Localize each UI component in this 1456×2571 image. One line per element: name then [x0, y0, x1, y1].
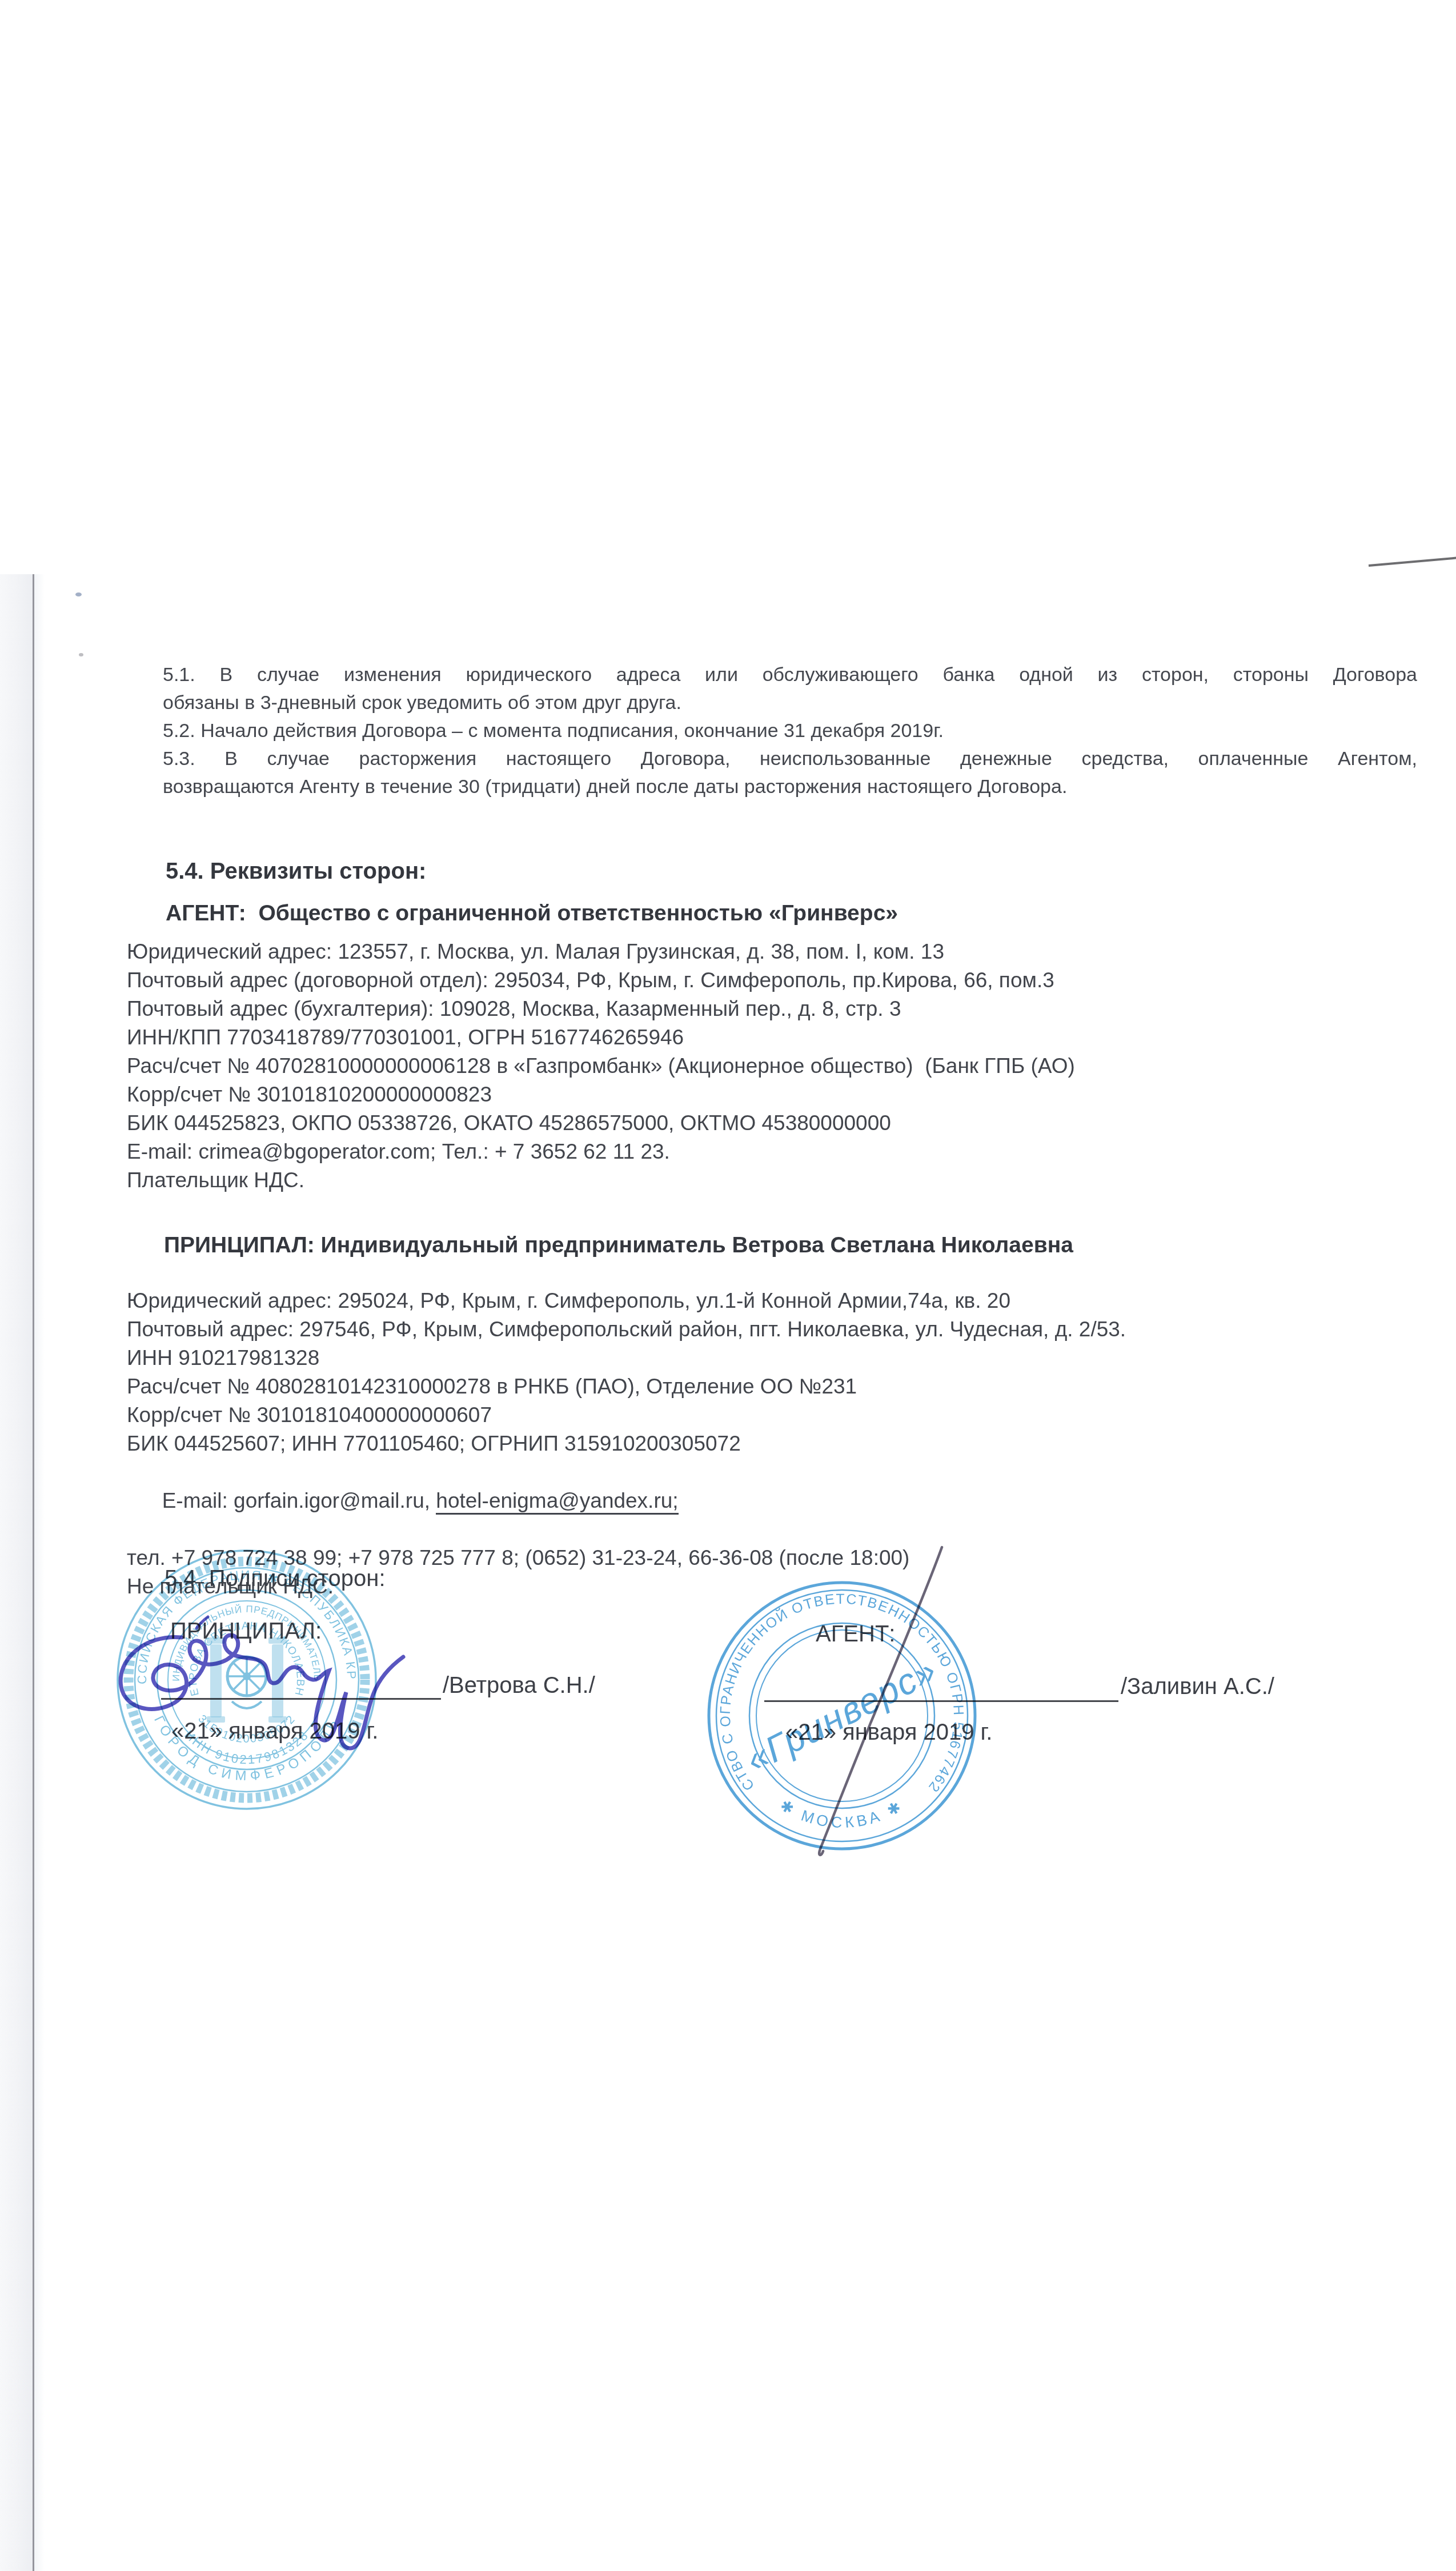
agent-email-phone: E-mail: crimea@bgoperator.com; Тел.: + 7…: [127, 1138, 1075, 1166]
principal-legal-address: Юридический адрес: 295024, РФ, Крым, г. …: [127, 1287, 1126, 1315]
agent-inn-kpp-ogrn: ИНН/КПП 7703418789/770301001, ОГРН 51677…: [127, 1023, 1075, 1052]
principal-bik-ogrnip: БИК 044525607; ИНН 7701105460; ОГРНИП 31…: [127, 1429, 1126, 1458]
stamp-emblem: [207, 1637, 287, 1723]
principal-email-1: E-mail: gorfain.igor@mail.ru,: [162, 1489, 436, 1512]
agent-postal-address-contract: Почтовый адрес (договорной отдел): 29503…: [127, 966, 1075, 995]
contract-clauses: 5.1. В случае изменения юридического адр…: [163, 661, 1417, 801]
agent-correspondent-account: Корр/счет № 30101810200000000823: [127, 1080, 1075, 1109]
scan-speck: [75, 592, 82, 596]
clause-5-1-line-1: 5.1. В случае изменения юридического адр…: [163, 661, 1417, 689]
agent-signatory-name: /Заливин А.С./: [1121, 1674, 1274, 1700]
page-top-edge-line: [1369, 556, 1456, 567]
clause-5-3-line-1: 5.3. В случае расторжения настоящего Дог…: [163, 745, 1417, 773]
agent-vat-status: Плательщик НДС.: [127, 1166, 1075, 1195]
principal-inn: ИНН 910217981328: [127, 1344, 1126, 1372]
principal-email-line: E-mail: gorfain.igor@mail.ru, hotel-enig…: [127, 1458, 1126, 1544]
scan-edge-strip: [0, 574, 33, 2571]
agent-bik-okpo: БИК 044525823, ОКПО 05338726, ОКАТО 4528…: [127, 1109, 1075, 1138]
principal-heading: ПРИНЦИПАЛ: Индивидуальный предпринимател…: [164, 1233, 1073, 1258]
scan-edge-shadow: [34, 574, 45, 2571]
agent-details: Юридический адрес: 123557, г. Москва, ул…: [127, 938, 1075, 1195]
principal-postal-address: Почтовый адрес: 297546, РФ, Крым, Симфер…: [127, 1315, 1126, 1344]
scanned-contract-page: 5.1. В случае изменения юридического адр…: [0, 0, 1456, 2571]
agent-stamp: ОБЩЕСТВО С ОГРАНИЧЕННОЙ ОТВЕТСТВЕННОСТЬЮ…: [705, 1579, 979, 1853]
clause-5-3-line-2: возвращаются Агенту в течение 30 (тридца…: [163, 773, 1417, 801]
clause-5-2: 5.2. Начало действия Договора – с момент…: [163, 717, 1417, 745]
agent-legal-address: Юридический адрес: 123557, г. Москва, ул…: [127, 938, 1075, 966]
principal-settlement-account: Расч/счет № 40802810142310000278 в РНКБ …: [127, 1372, 1126, 1401]
scan-speck: [79, 653, 83, 656]
requisites-heading: 5.4. Реквизиты сторон:: [166, 859, 426, 884]
principal-correspondent-account: Корр/счет № 30101810400000000607: [127, 1401, 1126, 1429]
agent-settlement-account: Расч/счет № 40702810000000006128 в «Газп…: [127, 1052, 1075, 1080]
clause-5-1-line-2: обязаны в 3-дневный срок уведомить об эт…: [163, 689, 1417, 717]
principal-stamp: РОССИЙСКАЯ ФЕДЕРАЦИЯ ✱ РЕСПУБЛИКА КРЫМ Г…: [115, 1548, 378, 1811]
principal-signatory-name: /Ветрова С.Н./: [443, 1673, 595, 1699]
agent-heading: АГЕНТ: Общество с ограниченной ответстве…: [166, 901, 898, 926]
principal-email-2-underlined: hotel-enigma@yandex.ru;: [436, 1489, 678, 1515]
agent-postal-address-accounting: Почтовый адрес (бухгалтерия): 109028, Мо…: [127, 995, 1075, 1023]
